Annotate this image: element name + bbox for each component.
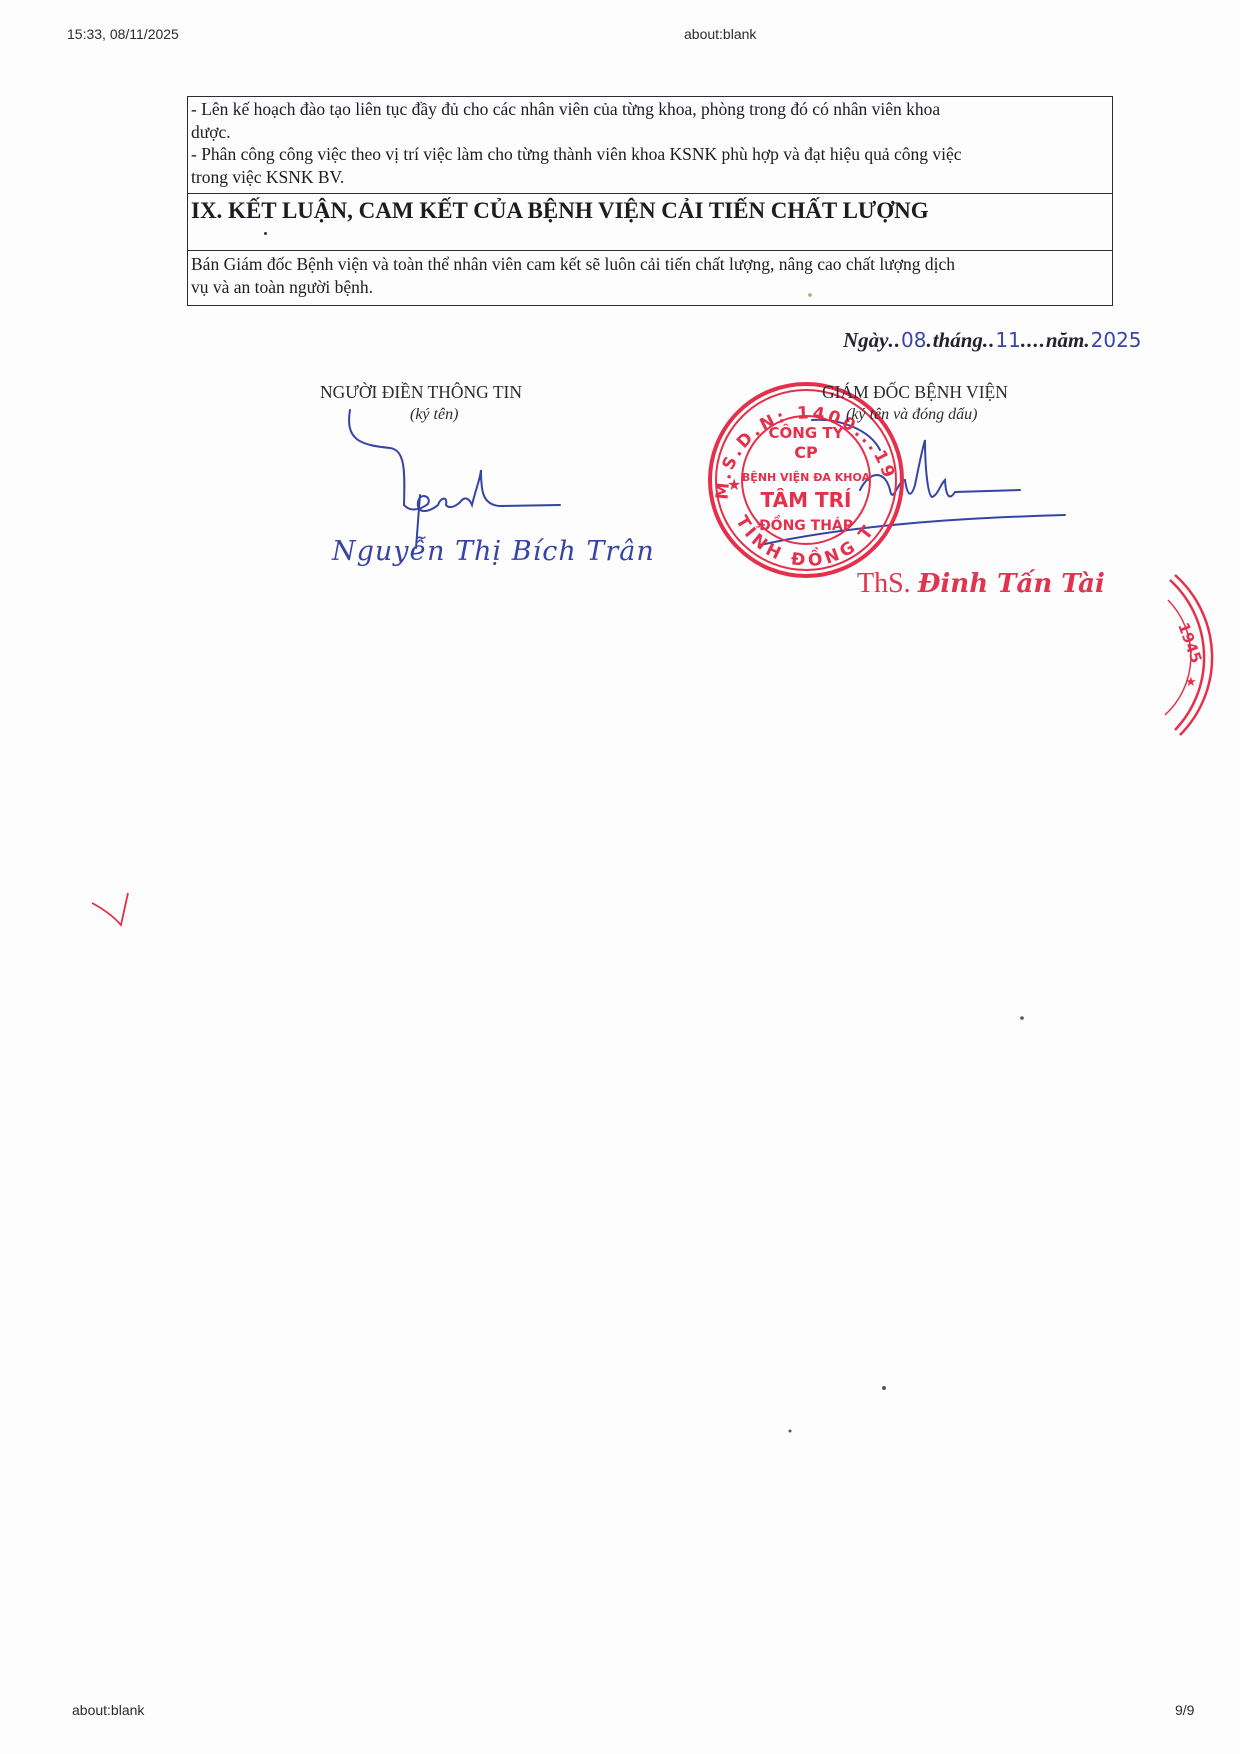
signature-stamp-graphics: M.S.D.N: 1400...1945 TỈNH ĐỒNG THÁP ★ CÔ…: [0, 0, 1240, 1754]
director-title: GIÁM ĐỐC BỆNH VIỆN: [822, 382, 1008, 403]
svg-text:M.S.D.N: 1400...1945: M.S.D.N: 1400...1945: [0, 0, 899, 501]
stamp-ring-bottom: TỈNH ĐỒNG THÁP: [0, 0, 880, 571]
director-name-prefix: ThS.: [857, 568, 911, 599]
scan-specks: [789, 293, 1024, 1432]
red-tick-mark-icon: [92, 893, 128, 925]
svg-text:TỈNH ĐỒNG THÁP: TỈNH ĐỒNG THÁP: [0, 0, 880, 571]
stamp-ring-top: M.S.D.N: 1400...1945: [0, 0, 899, 501]
stamp-line-2: CP: [794, 443, 818, 462]
stamp-line-1: CÔNG TY: [769, 423, 845, 442]
stamp-star-left: ★: [727, 475, 741, 494]
filler-signature-icon: [349, 410, 560, 548]
director-name-text: Đinh Tấn Tài: [918, 569, 1105, 599]
print-url-footer: about:blank: [72, 1702, 144, 1718]
director-subtitle: (ký tên và đóng dấu): [846, 406, 978, 424]
director-name: ThS. Đinh Tấn Tài: [857, 568, 1105, 600]
page-number: 9/9: [1175, 1702, 1194, 1718]
stamp-line-3: BỆNH VIỆN ĐA KHOA: [742, 471, 871, 484]
partial-stamp-icon: 1945 ★: [1165, 575, 1212, 735]
svg-text:★: ★: [1185, 675, 1197, 690]
stamp-line-5: ĐỒNG THÁP: [759, 515, 853, 534]
company-stamp-icon: M.S.D.N: 1400...1945 TỈNH ĐỒNG THÁP ★ CÔ…: [0, 0, 902, 576]
stamp-line-4: TÂM TRÍ: [761, 488, 852, 512]
